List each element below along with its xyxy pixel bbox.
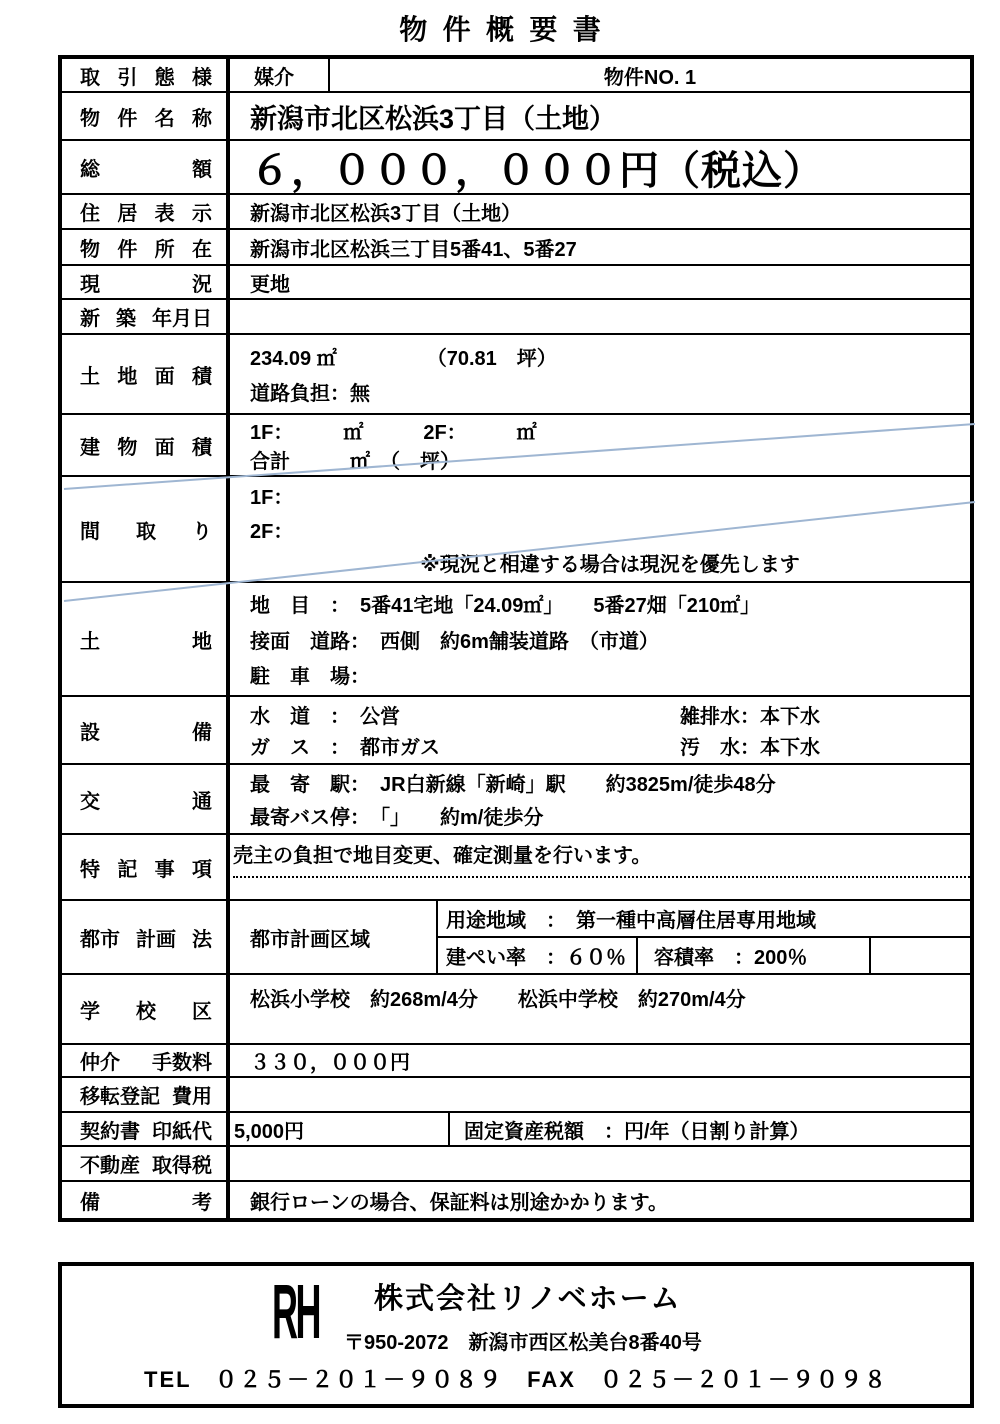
- company-footer: RH 株式会社リノベホーム 〒950-2072 新潟市西区松美台8番40号 TE…: [58, 1262, 974, 1408]
- facilities-label: 設備: [62, 697, 230, 763]
- row-address-display: 住居表示 新潟市北区松浜3丁目（土地）: [62, 195, 970, 230]
- property-tax-note: 固定資産税額 ：円/年（日割り計算）: [448, 1113, 970, 1145]
- row-school-district: 学校区 松浜小学校 約268m/4分 松浜中学校 約270m/4分: [62, 975, 970, 1045]
- land-parking: 駐 車 場：: [250, 660, 970, 689]
- row-transfer-registration: 移転登記費用: [62, 1078, 970, 1113]
- facilities-sewage: 汚 水：本下水: [680, 731, 820, 760]
- brokerage-fee-value: ３３０，０００円: [250, 1046, 970, 1075]
- row-transport: 交通 最 寄 駅： JR白新線「新崎」駅 約3825m/徒歩48分 最寄バス停：…: [62, 765, 970, 835]
- row-land-area: 土地面積 234.09 ㎡ （70.81 坪） 道路負担：無: [62, 335, 970, 415]
- transport-station: 最 寄 駅： JR白新線「新崎」駅 約3825m/徒歩48分: [250, 768, 970, 797]
- land-road-contact: 接面 道路： 西側 約6m舗装道路 （市道）: [250, 625, 970, 654]
- property-location-value: 新潟市北区松浜三丁目5番41、5番27: [250, 233, 970, 262]
- company-address: 〒950-2072 新潟市西区松美台8番40号: [344, 1326, 702, 1355]
- facilities-gas: ガ ス ： 都市ガス: [250, 731, 680, 760]
- floor-plan-1f: 1F：: [250, 481, 970, 510]
- row-land-details: 土地 地 目 ： 5番41宅地「24.09㎡」 5番27畑「210㎡」 接面 道…: [62, 583, 970, 697]
- land-details-label: 土地: [62, 583, 230, 695]
- school-district-label: 学校区: [62, 975, 230, 1043]
- row-city-planning: 都市計画法 都市計画区域 用途地域 ： 第一種中高層住居専用地域 建ぺい率 ：６…: [62, 901, 970, 975]
- row-total-price: 総額 ６，０００，０００円（税込）: [62, 141, 970, 195]
- special-notes-label: 特記事項: [62, 835, 230, 899]
- row-acquisition-tax: 不動産取得税: [62, 1147, 970, 1182]
- special-notes-value: 売主の負担で地目変更、確定測量を行います。: [233, 835, 970, 878]
- row-remarks: 備考 銀行ローンの場合、保証料は別途かかります。: [62, 1182, 970, 1218]
- company-name: 株式会社リノベホーム: [374, 1276, 682, 1317]
- row-facilities: 設備 水 道 ： 公営 雑排水：本下水 ガ ス ： 都市ガス 汚 水：本下水: [62, 697, 970, 765]
- city-planning-label: 都市計画法: [62, 901, 230, 973]
- brokerage-fee-label: 仲介手数料: [62, 1045, 230, 1076]
- address-display-label: 住居表示: [62, 195, 230, 228]
- facilities-water: 水 道 ： 公営: [250, 700, 680, 729]
- row-floor-plan: 間取り 1F： 2F： ※現況と相違する場合は現況を優先します: [62, 477, 970, 583]
- property-table: 取引態様 媒介 物件NO. 1 物件名称 新潟市北区松浜3丁目（土地） 総額 ６…: [58, 55, 974, 1222]
- land-area-size: 234.09 ㎡ （70.81 坪）: [250, 342, 970, 371]
- floor-area-ratio: 容積率 ：200％: [636, 938, 871, 973]
- facilities-wastewater: 雑排水：本下水: [680, 700, 820, 729]
- row-stamp-duty: 契約書印紙代 5,000円 固定資産税額 ：円/年（日割り計算）: [62, 1113, 970, 1147]
- row-property-name: 物件名称 新潟市北区松浜3丁目（土地）: [62, 93, 970, 141]
- floor-plan-note: ※現況と相違する場合は現況を優先します: [250, 548, 970, 577]
- stamp-duty-value: 5,000円: [230, 1113, 448, 1145]
- transaction-type-value: 媒介: [230, 59, 330, 91]
- property-number: 物件NO. 1: [330, 59, 970, 91]
- use-district: 用途地域 ： 第一種中高層住居専用地域: [436, 901, 970, 938]
- transfer-registration-label: 移転登記費用: [62, 1078, 230, 1111]
- current-state-label: 現況: [62, 266, 230, 298]
- property-name-value: 新潟市北区松浜3丁目（土地）: [250, 97, 970, 136]
- floor-plan-label: 間取り: [62, 477, 230, 581]
- row-current-state: 現況 更地: [62, 266, 970, 300]
- transport-bus-stop: 最寄バス停： 「」 約m/徒歩分: [250, 801, 970, 830]
- stamp-duty-label: 契約書印紙代: [62, 1113, 230, 1145]
- row-special-notes: 特記事項 売主の負担で地目変更、確定測量を行います。: [62, 835, 970, 901]
- floor-plan-2f: 2F：: [250, 515, 970, 544]
- property-location-label: 物件所在: [62, 230, 230, 264]
- remarks-value: 銀行ローンの場合、保証料は別途かかります。: [250, 1186, 970, 1215]
- page-title: 物件概要書: [0, 8, 1000, 48]
- building-area-label: 建物面積: [62, 415, 230, 475]
- current-state-value: 更地: [250, 268, 970, 297]
- remarks-label: 備考: [62, 1182, 230, 1218]
- building-area-total: 合計 ㎡ （ 坪）: [250, 445, 970, 474]
- built-date-label: 新築年月日: [62, 300, 230, 333]
- row-brokerage-fee: 仲介手数料 ３３０，０００円: [62, 1045, 970, 1078]
- land-area-road-burden: 道路負担：無: [250, 377, 970, 406]
- total-price-value: ６，０００，０００円（税込）: [250, 139, 970, 196]
- land-category: 地 目 ： 5番41宅地「24.09㎡」 5番27畑「210㎡」: [250, 589, 970, 618]
- city-planning-zone: 都市計画区域: [230, 901, 436, 973]
- land-area-label: 土地面積: [62, 335, 230, 413]
- company-tel-fax: TEL ０２５－２０１－９０８９ FAX ０２５－２０１－９０９８: [62, 1363, 970, 1394]
- building-area-floors: 1F： ㎡ 2F： ㎡: [250, 416, 970, 445]
- property-summary-document: 物件概要書 取引態様 媒介 物件NO. 1 物件名称 新潟市北区松浜3丁目（土地…: [0, 0, 1000, 1424]
- row-building-area: 建物面積 1F： ㎡ 2F： ㎡ 合計 ㎡ （ 坪）: [62, 415, 970, 477]
- address-display-value: 新潟市北区松浜3丁目（土地）: [250, 197, 970, 226]
- company-logo: RH: [272, 1268, 319, 1356]
- row-transaction-type: 取引態様 媒介 物件NO. 1: [62, 59, 970, 93]
- total-price-label: 総額: [62, 141, 230, 193]
- acquisition-tax-label: 不動産取得税: [62, 1147, 230, 1180]
- transaction-type-label: 取引態様: [62, 59, 230, 91]
- property-name-label: 物件名称: [62, 93, 230, 139]
- transport-label: 交通: [62, 765, 230, 833]
- building-coverage-ratio: 建ぺい率 ：６０％: [436, 938, 636, 973]
- row-built-date: 新築年月日: [62, 300, 970, 335]
- row-property-location: 物件所在 新潟市北区松浜三丁目5番41、5番27: [62, 230, 970, 266]
- school-district-value: 松浜小学校 約268m/4分 松浜中学校 約270m/4分: [250, 983, 970, 1012]
